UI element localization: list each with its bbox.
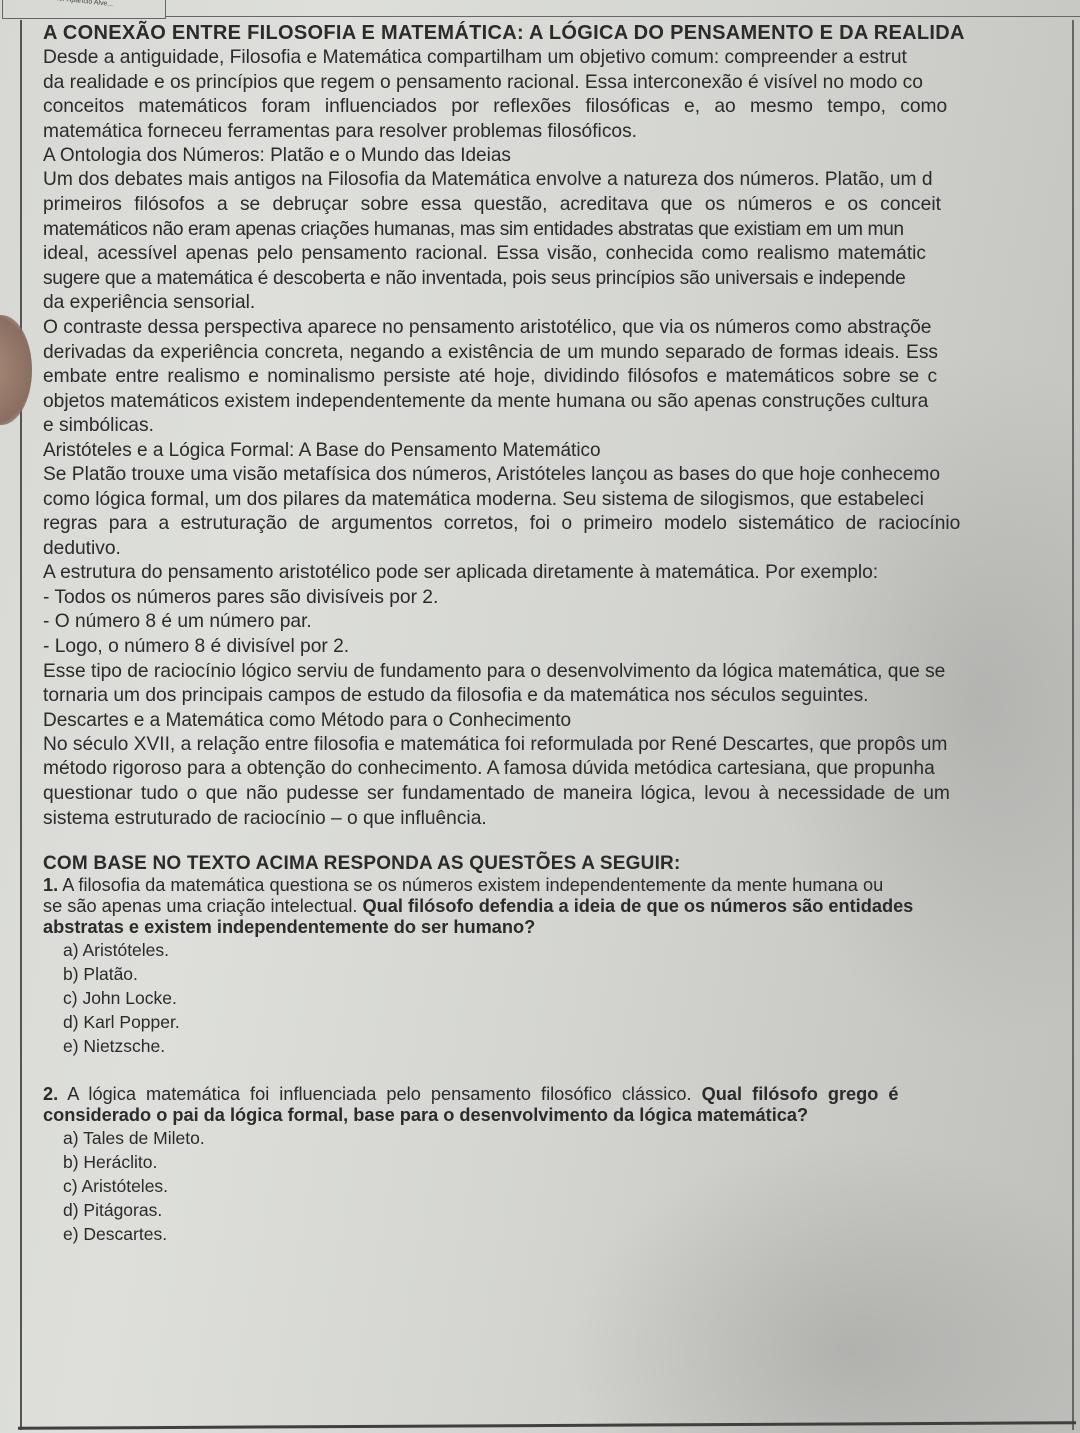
text-line: da realidade e os princípios que regem o… — [43, 71, 1080, 96]
answer-option-e[interactable]: e) Nietzsche. — [43, 1034, 1080, 1058]
question-prompt: Qual filósofo grego é — [702, 1084, 899, 1104]
syllogism-example: - Todos os números pares são divisíveis … — [43, 586, 1080, 660]
question-prompt: abstratas e existem independentemente do… — [43, 917, 535, 937]
syllogism-line: - Todos os números pares são divisíveis … — [43, 586, 1080, 611]
text-line: embate entre realismo e nominalismo pers… — [43, 365, 1080, 390]
questions-heading: COM BASE NO TEXTO ACIMA RESPONDA AS QUES… — [43, 853, 1080, 875]
answer-option-c[interactable]: c) Aristóteles. — [43, 1174, 1080, 1198]
question-number: 2. — [43, 1084, 58, 1104]
text-line: regras para a estruturação de argumentos… — [43, 512, 1080, 537]
answer-option-e[interactable]: e) Descartes. — [43, 1222, 1080, 1246]
page-border-bottom — [18, 1421, 1076, 1430]
section-aristotle-paragraph-1: Se Platão trouxe uma visão metafísica do… — [43, 463, 1080, 561]
logo-box: ...or Aparício Alve... — [2, 0, 166, 19]
question-text: se são apenas uma criação intelectual. Q… — [43, 896, 1080, 917]
section-heading-ontology: A Ontologia dos Números: Platão e o Mund… — [43, 144, 1080, 168]
text-line: Desde a antiguidade, Filosofia e Matemát… — [43, 46, 1080, 71]
finger-shadow — [0, 315, 32, 425]
intro-paragraph: Desde a antiguidade, Filosofia e Matemát… — [43, 46, 1080, 144]
text-line: conceitos matemáticos foram influenciado… — [43, 95, 1080, 120]
question-text-line: A lógica matemática foi influenciada pel… — [67, 1084, 691, 1104]
text-line: questionar tudo o que não pudesse ser fu… — [43, 782, 1080, 807]
text-line: No século XVII, a relação entre filosofi… — [43, 733, 1080, 758]
answer-option-a[interactable]: a) Aristóteles. — [43, 938, 1080, 962]
text-line: matemáticos não eram apenas criações hum… — [43, 218, 1080, 243]
text-line: derivadas da experiência concreta, negan… — [43, 341, 1080, 366]
section-heading-aristotle: Aristóteles e a Lógica Formal: A Base do… — [43, 439, 1080, 463]
page-border-left — [20, 20, 22, 1430]
text-line: objetos matemáticos existem independente… — [43, 390, 1080, 415]
answer-option-b[interactable]: b) Platão. — [43, 962, 1080, 986]
text-line: sugere que a matemática é descoberta e n… — [43, 267, 1080, 292]
school-logo-text: ...or Aparício Alve... — [53, 0, 114, 8]
text-line: Se Platão trouxe uma visão metafísica do… — [43, 463, 1080, 488]
text-line: sistema estruturado de raciocínio – o qu… — [43, 807, 1080, 832]
question-2: 2. A lógica matemática foi influenciada … — [43, 1084, 1080, 1246]
header-rule — [166, 0, 1080, 17]
section-ontology-paragraph-2: O contraste dessa perspectiva aparece no… — [43, 316, 1080, 439]
text-line: primeiros filósofos a se debruçar sobre … — [43, 193, 1080, 218]
question-text-line: se são apenas uma criação intelectual. — [43, 896, 357, 916]
question-prompt: Qual filósofo defendia a ideia de que os… — [363, 896, 914, 916]
text-line: tornaria um dos principais campos de est… — [43, 684, 1080, 709]
text-line: ideal, acessível apenas pelo pensamento … — [43, 242, 1080, 267]
document-body: A CONEXÃO ENTRE FILOSOFIA E MATEMÁTICA: … — [43, 22, 1080, 1246]
text-line: da experiência sensorial. — [43, 291, 1080, 316]
answer-option-a[interactable]: a) Tales de Mileto. — [43, 1126, 1080, 1150]
text-line: Um dos debates mais antigos na Filosofia… — [43, 168, 1080, 193]
section-ontology-paragraph-1: Um dos debates mais antigos na Filosofia… — [43, 168, 1080, 316]
text-line: método rigoroso para a obtenção do conhe… — [43, 757, 1080, 782]
answer-option-d[interactable]: d) Karl Popper. — [43, 1010, 1080, 1034]
text-line: Esse tipo de raciocínio lógico serviu de… — [43, 660, 1080, 685]
syllogism-line: - O número 8 é um número par. — [43, 610, 1080, 635]
question-number: 1. — [43, 875, 58, 895]
question-text: considerado o pai da lógica formal, base… — [43, 1105, 1080, 1126]
document-title: A CONEXÃO ENTRE FILOSOFIA E MATEMÁTICA: … — [43, 22, 1080, 44]
text-line: matemática forneceu ferramentas para res… — [43, 120, 1080, 145]
text-line: O contraste dessa perspectiva aparece no… — [43, 316, 1080, 341]
section-aristotle-paragraph-2: A estrutura do pensamento aristotélico p… — [43, 561, 1080, 586]
syllogism-line: - Logo, o número 8 é divisível por 2. — [43, 635, 1080, 660]
question-text-line: A filosofia da matemática questiona se o… — [62, 875, 883, 895]
answer-option-d[interactable]: d) Pitágoras. — [43, 1198, 1080, 1222]
section-aristotle-paragraph-3: Esse tipo de raciocínio lógico serviu de… — [43, 660, 1080, 709]
question-1: 1. A filosofia da matemática questiona s… — [43, 875, 1080, 1058]
text-line: e simbólicas. — [43, 414, 1080, 439]
answer-option-c[interactable]: c) John Locke. — [43, 986, 1080, 1010]
answer-option-b[interactable]: b) Heráclito. — [43, 1150, 1080, 1174]
spacer — [43, 1058, 1080, 1084]
question-text: 1. A filosofia da matemática questiona s… — [43, 875, 1080, 896]
question-text: abstratas e existem independentemente do… — [43, 917, 1080, 938]
section-heading-descartes: Descartes e a Matemática como Método par… — [43, 709, 1080, 733]
question-text: 2. A lógica matemática foi influenciada … — [43, 1084, 1080, 1105]
section-descartes-paragraph: No século XVII, a relação entre filosofi… — [43, 733, 1080, 831]
text-line: dedutivo. — [43, 537, 1080, 562]
paper-sheet: ...or Aparício Alve... A CONEXÃO ENTRE F… — [0, 0, 1080, 1433]
question-prompt: considerado o pai da lógica formal, base… — [43, 1105, 808, 1125]
text-line: como lógica formal, um dos pilares da ma… — [43, 488, 1080, 513]
